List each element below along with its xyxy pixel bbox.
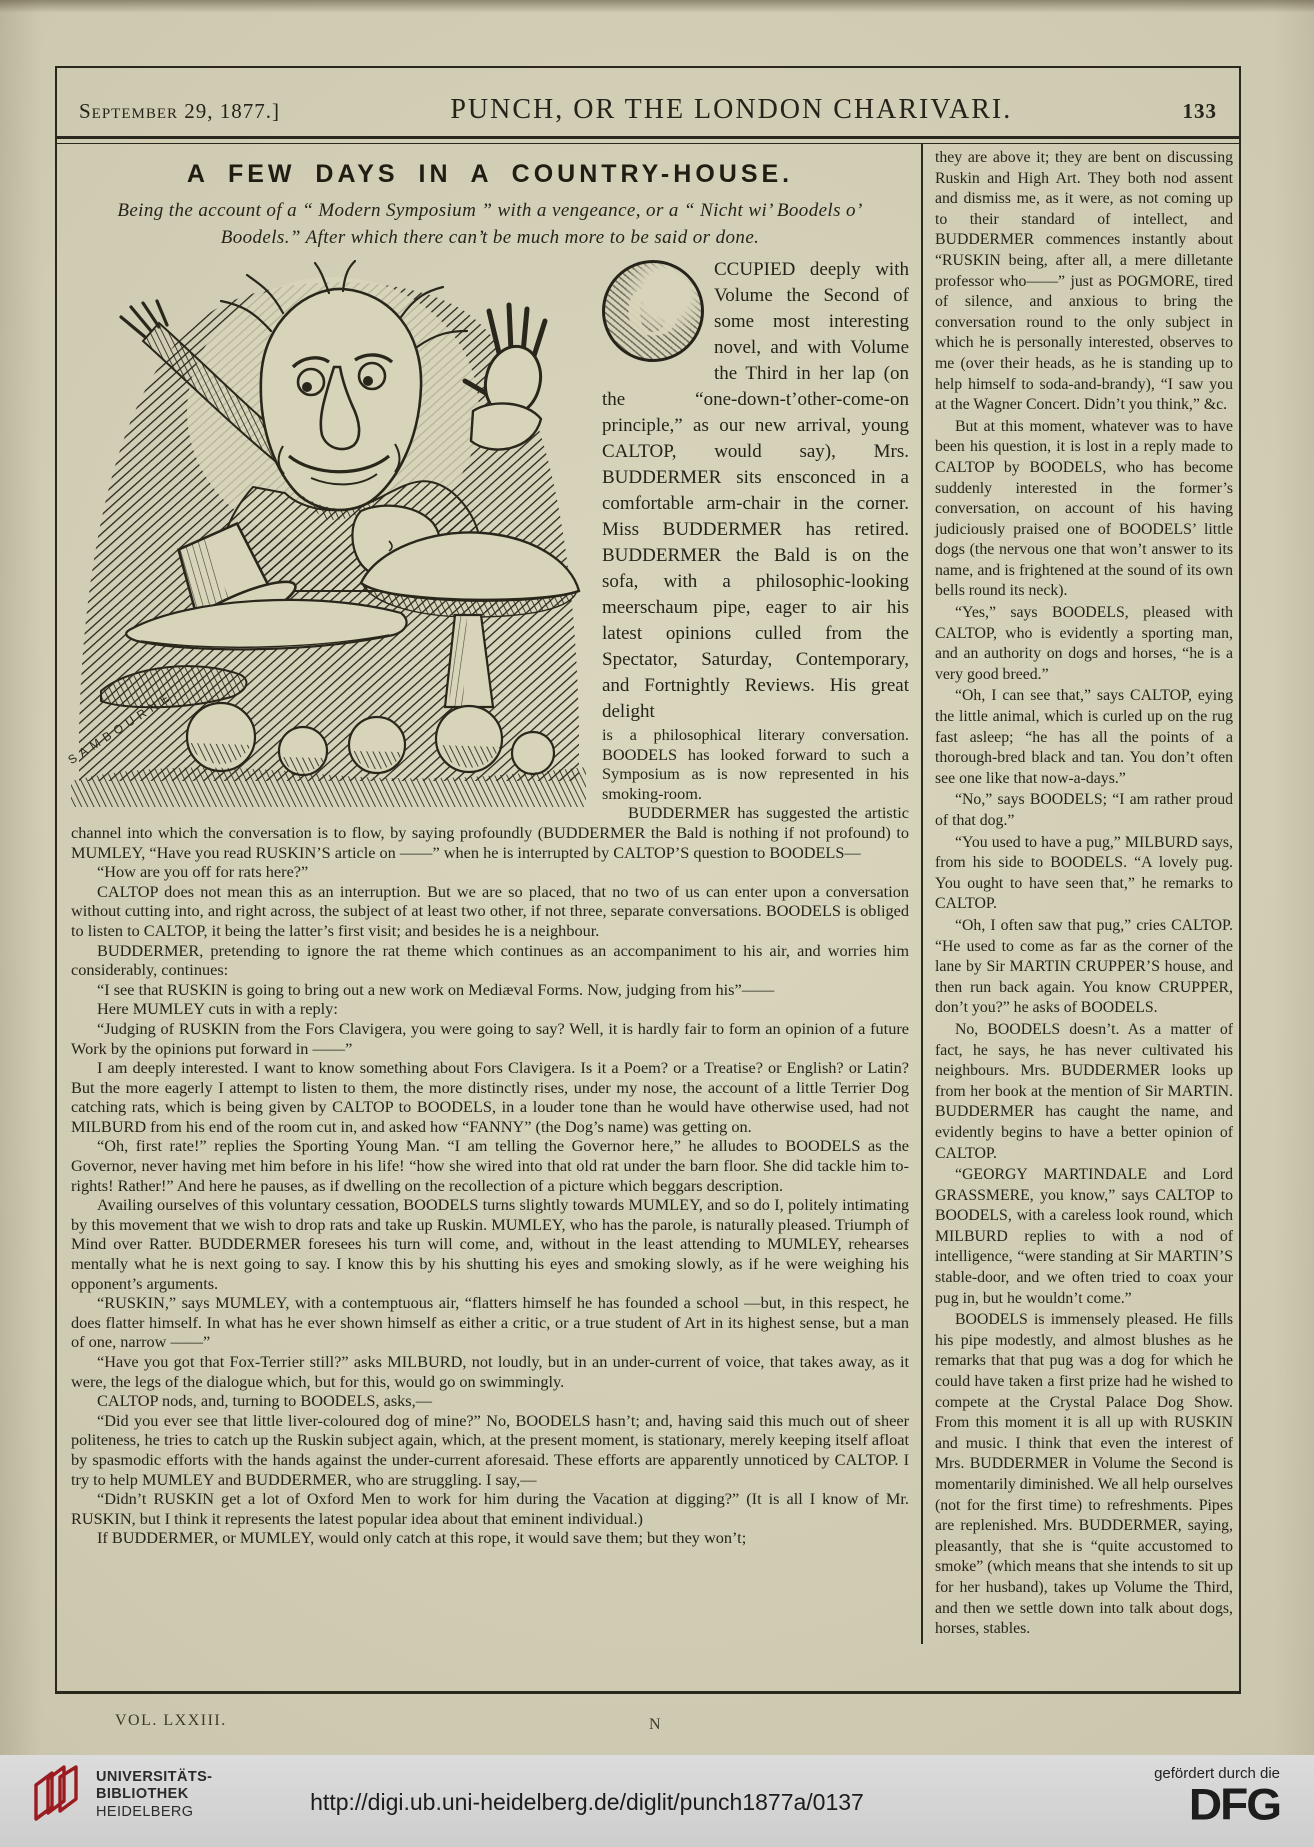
document-url[interactable]: http://digi.ub.uni-heidelberg.de/diglit/… bbox=[0, 1789, 1174, 1816]
issue-date: September 29, 1877.] bbox=[79, 99, 280, 124]
paragraph: they are above it; they are bent on disc… bbox=[935, 148, 1233, 416]
paragraph: CALTOP nods, and, turning to BOODELS, as… bbox=[71, 1391, 909, 1411]
article-title: A FEW DAYS IN A COUNTRY-HOUSE. bbox=[71, 160, 909, 189]
viewer-banner: UNIVERSITÄTS- BIBLIOTHEK HEIDELBERG http… bbox=[0, 1755, 1314, 1847]
initial-letter-o: O bbox=[602, 260, 704, 362]
paragraph: “Didn’t RUSKIN get a lot of Oxford Men t… bbox=[71, 1489, 909, 1528]
funder-block: gefördert durch die DFG bbox=[1154, 1765, 1280, 1828]
paragraph: “Yes,” says BOODELS, pleased with CALTOP… bbox=[935, 603, 1233, 685]
engraving-drawing bbox=[71, 259, 586, 807]
header-rule bbox=[57, 136, 1239, 144]
scanned-page: September 29, 1877.] PUNCH, OR THE LONDO… bbox=[0, 0, 1314, 1755]
paragraph: “GEORGY MARTINDALE and Lord GRASSMERE, y… bbox=[935, 1165, 1233, 1309]
paragraph: “Oh, I can see that,” says CALTOP, eying… bbox=[935, 686, 1233, 789]
paragraph: Here MUMLEY cuts in with a reply: bbox=[71, 999, 909, 1019]
volume-label: VOL. LXXIII. bbox=[115, 1712, 227, 1730]
paragraph: “You used to have a pug,” MILBURD says, … bbox=[935, 833, 1233, 915]
paragraph: But at this moment, whatever was to have… bbox=[935, 417, 1233, 602]
paragraph: “Oh, first rate!” replies the Sporting Y… bbox=[71, 1136, 909, 1195]
paragraph: “I see that RUSKIN is going to bring out… bbox=[71, 980, 909, 1000]
paragraph: “Did you ever see that little liver-colo… bbox=[71, 1411, 909, 1489]
right-column: they are above it; they are bent on disc… bbox=[921, 144, 1239, 1644]
paragraph: CALTOP does not mean this as an interrup… bbox=[71, 882, 909, 941]
library-name-line1: UNIVERSITÄTS- bbox=[96, 1769, 212, 1787]
article-body-right: they are above it; they are bent on disc… bbox=[935, 148, 1233, 1640]
paragraph: “No,” says BOODELS; “I am rather proud o… bbox=[935, 790, 1233, 831]
illustration: SAMBOURNE. bbox=[71, 259, 586, 807]
paragraph: BOODELS is immensely pleased. He fills h… bbox=[935, 1310, 1233, 1640]
paragraph: “Oh, I often saw that pug,” cries CALTOP… bbox=[935, 916, 1233, 1019]
paragraph: “Have you got that Fox-Terrier still?” a… bbox=[71, 1352, 909, 1391]
left-column: A FEW DAYS IN A COUNTRY-HOUSE. Being the… bbox=[57, 144, 921, 1644]
article-body-left: is a philosophical literary conversation… bbox=[71, 725, 909, 1548]
paragraph: BUDDERMER has suggested the artistic cha… bbox=[71, 803, 909, 862]
page-number: 133 bbox=[1183, 99, 1218, 124]
paragraph: No, BOODELS doesn’t. As a matter of fact… bbox=[935, 1020, 1233, 1164]
page-content: A FEW DAYS IN A COUNTRY-HOUSE. Being the… bbox=[57, 144, 1239, 1644]
dfg-logo: DFG bbox=[1154, 1782, 1280, 1826]
paragraph: Boodels.” After which there can’t be muc… bbox=[71, 224, 909, 251]
paragraph: Availing ourselves of this voluntary ces… bbox=[71, 1195, 909, 1293]
paragraph: “RUSKIN,” says MUMLEY, with a contemptuo… bbox=[71, 1293, 909, 1352]
paragraph: BUDDERMER, pretending to ignore the rat … bbox=[71, 941, 909, 980]
article-subtitle: Being the account of a “ Modern Symposiu… bbox=[71, 197, 909, 251]
page-header: September 29, 1877.] PUNCH, OR THE LONDO… bbox=[57, 68, 1239, 136]
paragraph: Being the account of a “ Modern Symposiu… bbox=[71, 197, 909, 224]
masthead: PUNCH, OR THE LONDON CHARIVARI. bbox=[450, 94, 1012, 126]
page-frame: September 29, 1877.] PUNCH, OR THE LONDO… bbox=[55, 66, 1241, 1694]
paragraph: “How are you off for rats here?” bbox=[71, 862, 909, 882]
paragraph: If BUDDERMER, or MUMLEY, would only catc… bbox=[71, 1528, 909, 1548]
press-mark: N bbox=[649, 1716, 662, 1734]
paragraph: “Judging of RUSKIN from the Fors Clavige… bbox=[71, 1019, 909, 1058]
paragraph: I am deeply interested. I want to know s… bbox=[71, 1058, 909, 1136]
page-footer: VOL. LXXIII. N bbox=[55, 1712, 1243, 1742]
